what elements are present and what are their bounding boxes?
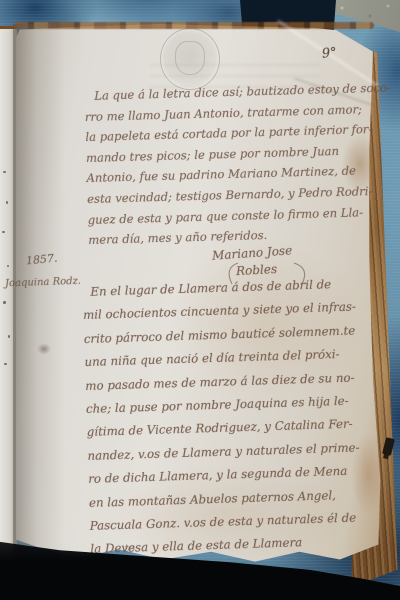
page-number: 9° — [321, 45, 337, 61]
second-entry-text: En el lugar de Llamera á dos de abril de… — [82, 272, 389, 562]
catchword: to — [124, 543, 135, 555]
first-entry-text: La que á la letra dice así; bautizado es… — [84, 78, 382, 251]
ink-speck — [3, 301, 6, 304]
ink-speck — [8, 335, 10, 338]
embossed-seal-icon — [160, 28, 220, 90]
ink-speck — [2, 231, 5, 233]
ink-speck — [7, 265, 9, 267]
facing-page-sliver — [0, 26, 17, 600]
margin-year-note: 1857. — [25, 252, 58, 268]
ink-speck — [3, 171, 6, 173]
ink-speck — [6, 201, 8, 204]
ink-speck — [4, 363, 7, 365]
manuscript-photo: 9° La que á la letra dice así; bautizado… — [0, 0, 400, 600]
seal-crest — [175, 41, 205, 75]
